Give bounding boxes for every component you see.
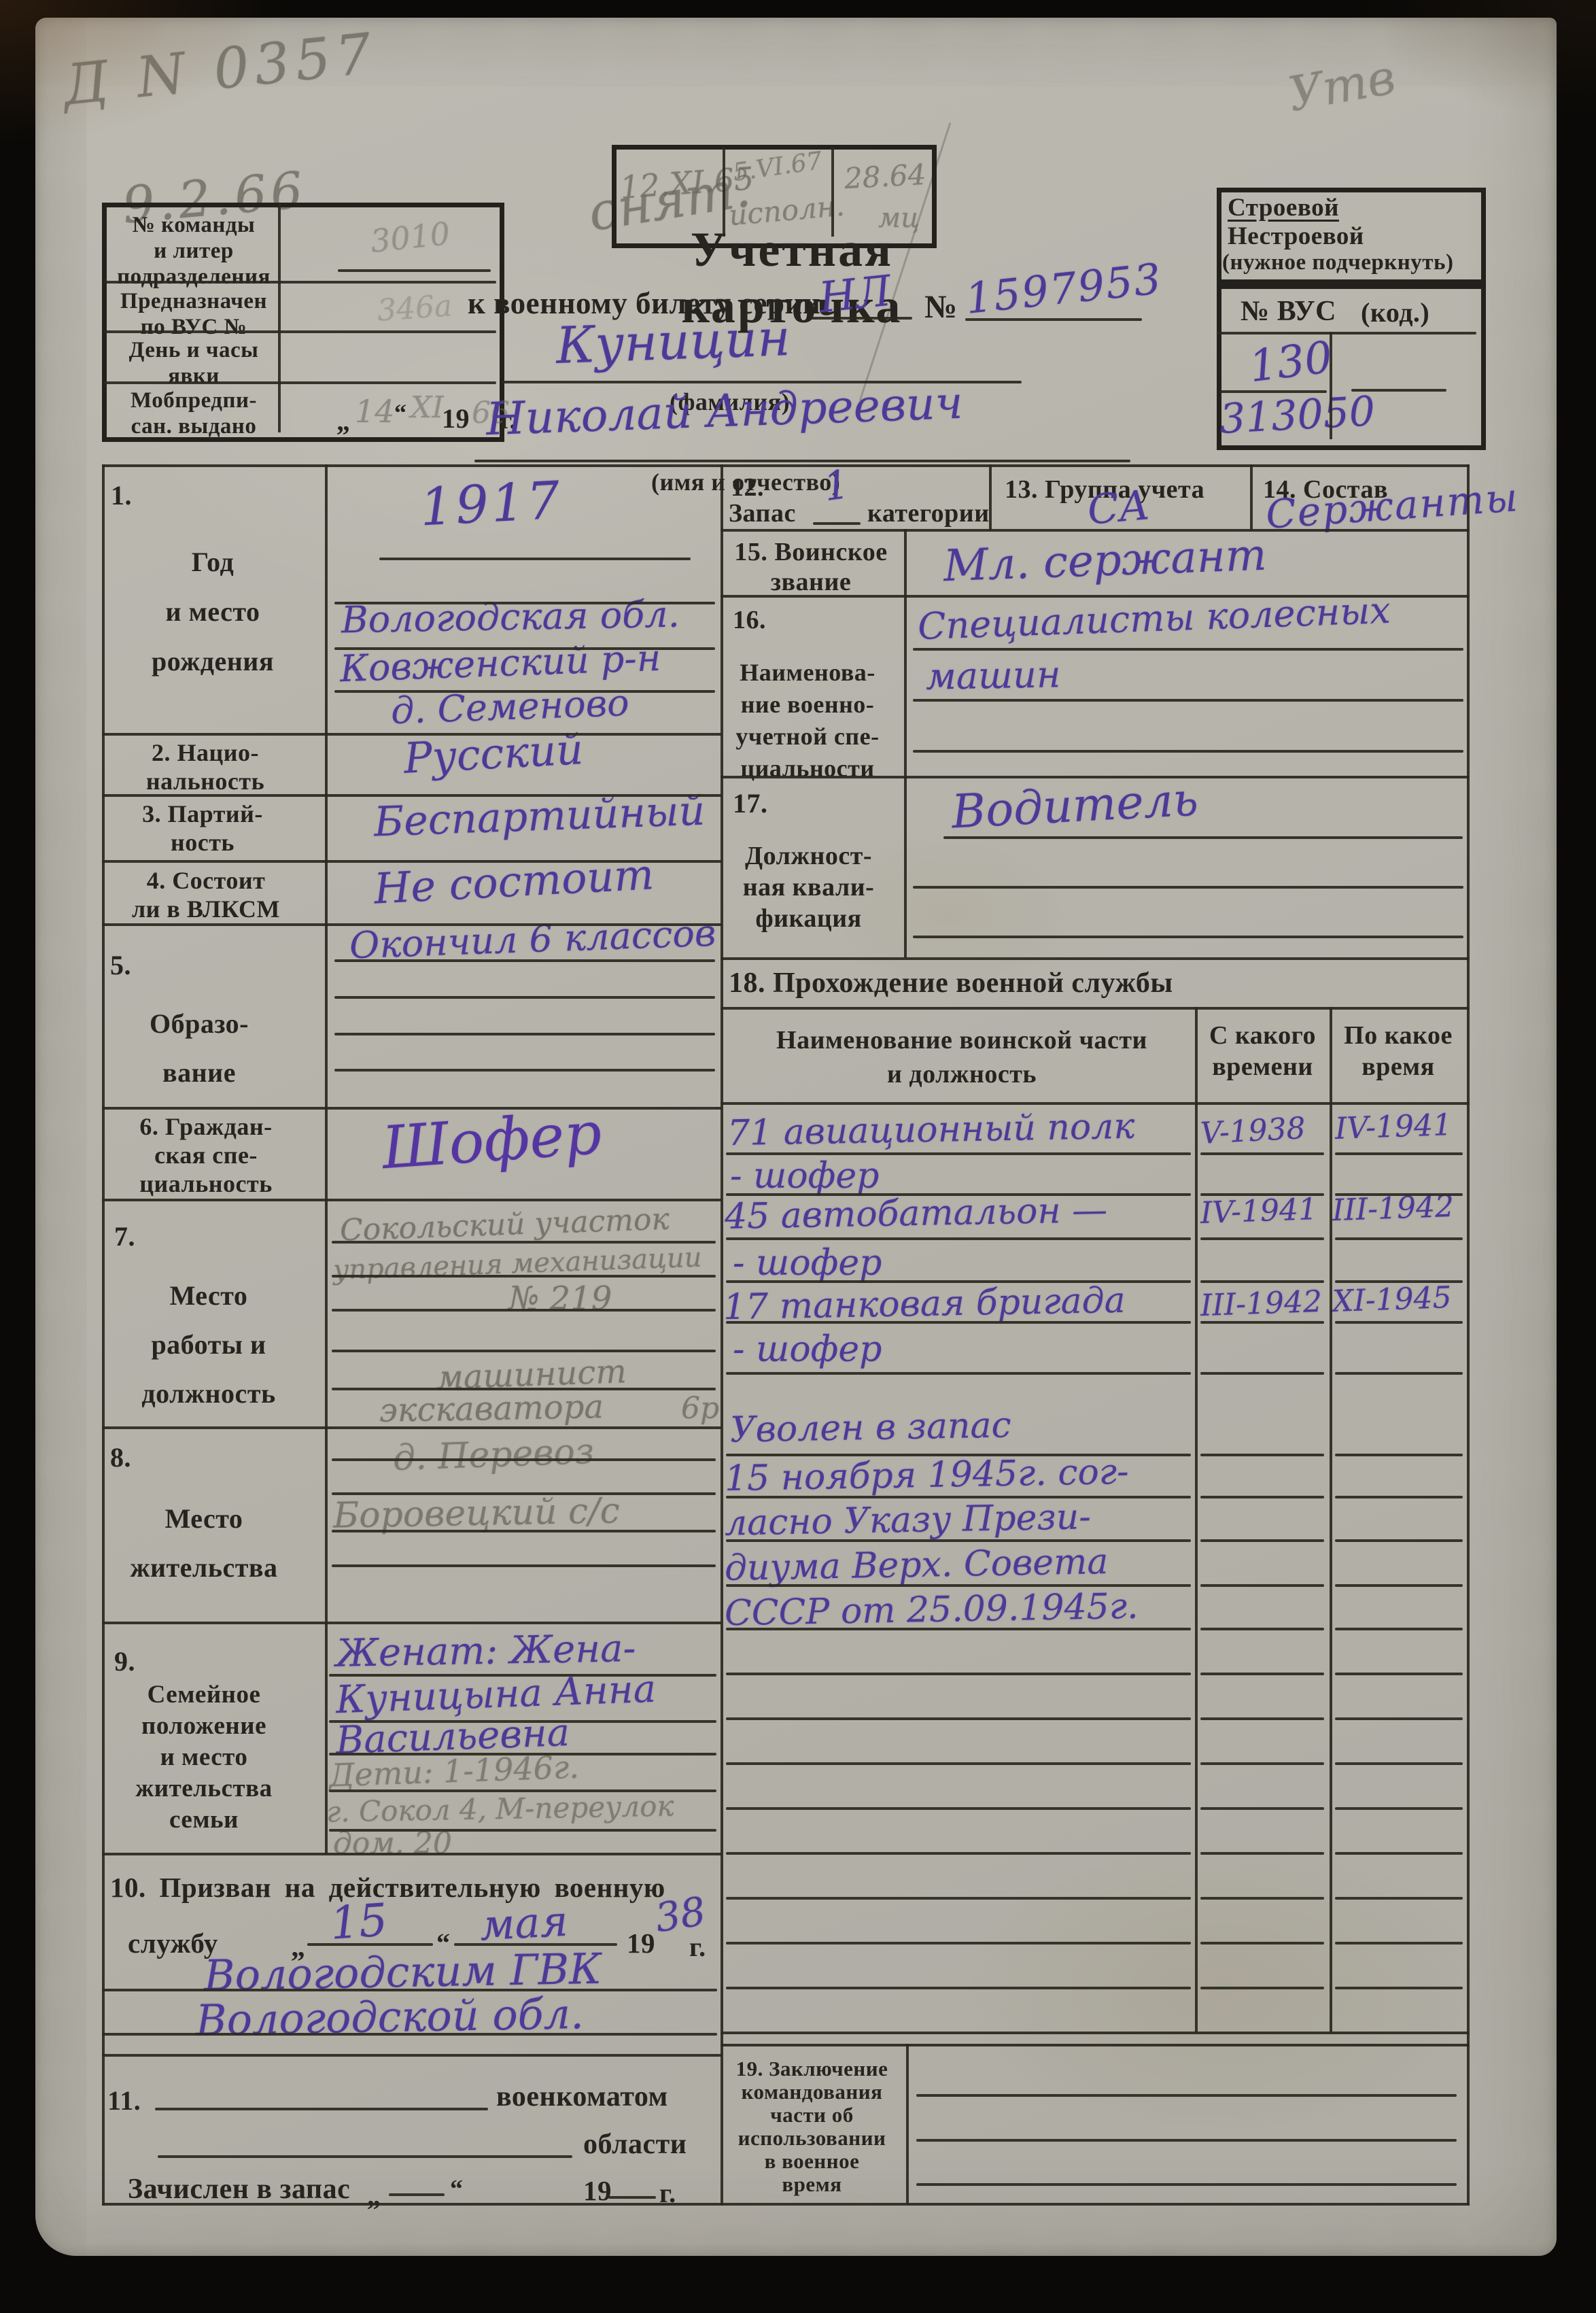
ruled-line	[1200, 1193, 1324, 1196]
ruled-line	[1200, 1807, 1324, 1810]
field12-label-pre: Запас	[729, 498, 796, 528]
ruled-line	[726, 1584, 1191, 1587]
field16-label: Наименова- ние военно- учетной спе- циал…	[719, 657, 896, 785]
ruled-line	[1335, 1673, 1463, 1675]
ruled-line-vertical	[1330, 332, 1332, 439]
ruled-line	[332, 1564, 716, 1567]
field10-year-printed: 19	[627, 1927, 655, 1959]
ruled-line	[1219, 390, 1327, 393]
ruled-line	[454, 1943, 617, 1946]
ruled-line	[102, 2033, 717, 2036]
service-table-col1-header: Наименование воинской части и должность	[741, 1023, 1183, 1091]
ruled-line	[334, 647, 715, 650]
ruled-line	[332, 1492, 716, 1495]
ruled-line-vertical	[278, 204, 281, 432]
field5-number: 5.	[110, 949, 131, 981]
discharge-note-line5: СССР от 25.09.1945г.	[725, 1586, 1139, 1634]
ruled-line	[158, 2155, 572, 2158]
field11-word-zapas: Зачислен в запас	[128, 2173, 350, 2206]
ruled-line-vertical	[989, 464, 992, 530]
ruled-line	[102, 464, 1470, 467]
ruled-line	[1335, 1852, 1463, 1855]
ruled-line	[1335, 1321, 1463, 1324]
ruled-line	[332, 1275, 716, 1278]
ruled-line	[102, 794, 722, 797]
number-sign: №	[924, 288, 958, 326]
field4-label: 4. Состоит ли в ВЛКСМ	[101, 866, 311, 923]
ruled-line	[102, 1622, 722, 1624]
ruled-line	[103, 281, 496, 284]
service-row-to: XI-1945	[1332, 1280, 1452, 1319]
field12-label-post: категории	[867, 498, 990, 528]
ruled-line	[726, 1321, 1191, 1324]
ruled-line	[913, 750, 1463, 753]
ruled-line	[916, 2139, 1457, 2142]
field9-value-line1: Женат: Жена-	[335, 1626, 636, 1676]
intro-row4-open-quote: „	[336, 405, 351, 437]
scanned-registration-card-page: Д N 0357 9.2.66 снят. Утв 12.XI.65 5.VI.…	[0, 0, 1596, 2313]
field11-open-quote: „	[367, 2180, 381, 2212]
surname-handwritten: Куницин	[555, 309, 791, 375]
ruled-line	[329, 1753, 716, 1755]
field1-label: Год и место рождения	[114, 537, 311, 686]
ruled-line	[332, 1530, 716, 1532]
ruled-line	[726, 1673, 1191, 1675]
ruled-line	[332, 1388, 716, 1390]
ruled-line	[1335, 1807, 1463, 1810]
ruled-line	[102, 733, 722, 736]
field13-value: СА	[1086, 481, 1151, 534]
ruled-line-vertical	[1250, 464, 1253, 530]
ruled-line	[1200, 1897, 1324, 1900]
ruled-line	[1200, 1717, 1324, 1720]
intro-row4-day: 14	[355, 393, 395, 430]
ruled-line	[338, 269, 491, 272]
ruled-line	[1335, 1496, 1463, 1498]
ruled-line	[329, 1674, 716, 1677]
ruled-line	[332, 1241, 716, 1244]
ruled-line	[1200, 1584, 1324, 1587]
field9-value-line5: г. Сокол 4, М-переулок	[326, 1789, 674, 1829]
service-row-position: - шофер	[733, 1329, 882, 1370]
ruled-line	[913, 699, 1463, 702]
ruled-line	[103, 381, 496, 384]
ruled-line	[379, 558, 691, 560]
service-table-col2-header: С какого времени	[1200, 1020, 1325, 1082]
discharge-note-line4: диума Верх. Совета	[725, 1541, 1109, 1589]
ruled-line	[916, 2183, 1457, 2186]
ruled-line	[1335, 1762, 1463, 1765]
ruled-line	[913, 936, 1463, 938]
intro-row4-month: XI	[411, 390, 444, 425]
field17-label: Должност- ная квали- фикация	[722, 840, 895, 934]
ruled-line	[1200, 1152, 1324, 1155]
service-row-position: - шофер	[733, 1243, 882, 1284]
ruled-line	[334, 1033, 715, 1035]
ruled-line	[1200, 1673, 1324, 1675]
ruled-line	[726, 1762, 1191, 1765]
ruled-line	[1200, 1539, 1324, 1542]
field7-value-line5b: 6р	[681, 1391, 719, 1426]
ruled-line	[332, 1309, 716, 1312]
ruled-line	[726, 1280, 1191, 1283]
ruled-line	[1200, 1942, 1324, 1944]
intro-row1-label: № команды и литер подразделения	[109, 212, 279, 290]
field7-label: Место работы и должность	[110, 1271, 307, 1418]
ruled-line	[726, 1628, 1191, 1630]
ruled-line	[726, 1372, 1191, 1375]
ruled-line	[502, 381, 1022, 383]
ruled-line-vertical	[325, 464, 328, 1854]
ruled-line	[1200, 1372, 1324, 1375]
field11-close-quote: “	[450, 2174, 464, 2204]
vus-label: № ВУС	[1241, 295, 1336, 328]
ruled-line	[1335, 1280, 1463, 1283]
series-handwritten: НЛ	[816, 266, 893, 323]
ruled-line	[726, 1237, 1191, 1240]
ruled-line	[916, 2094, 1457, 2097]
ruled-line-vertical	[721, 464, 723, 2206]
ruled-line-vertical	[906, 2044, 909, 2204]
ruled-line	[1200, 1852, 1324, 1855]
field10-month: мая	[479, 1896, 569, 1951]
underline-note: (нужное подчеркнуть)	[1222, 250, 1453, 275]
ruled-line	[1335, 1628, 1463, 1630]
intro-row4-label: Мобпредпи- сан. выдано	[109, 388, 279, 439]
ruled-line	[334, 690, 715, 693]
ruled-line	[721, 957, 1470, 960]
service-row-from: III-1942	[1200, 1284, 1323, 1323]
ruled-line	[102, 1107, 722, 1110]
ruled-line-vertical	[1195, 1007, 1198, 2033]
ruled-line	[943, 836, 1463, 839]
vus-code-label: (код.)	[1361, 296, 1429, 328]
ruled-line	[726, 1496, 1191, 1498]
ruled-line	[721, 1007, 1470, 1010]
ruled-line	[726, 1987, 1191, 1989]
field7-value-line3: № 219	[508, 1280, 612, 1318]
ruled-line-vertical	[102, 464, 105, 2206]
ruled-line	[334, 1069, 715, 1072]
ruled-line	[102, 1853, 722, 1855]
intro-row4-close-quote: “	[394, 398, 407, 427]
ruled-line	[726, 1897, 1191, 1900]
ruled-line	[726, 1152, 1191, 1155]
field10-year-suffix: г.	[689, 1931, 706, 1963]
service-row-name: 45 автобатальон —	[725, 1190, 1108, 1237]
field19-label: 19. Заключение командования части об исп…	[722, 2057, 902, 2196]
ruled-line	[474, 460, 1130, 462]
field1-year-value: 1917	[419, 470, 564, 538]
ruled-line	[726, 1539, 1191, 1542]
ruled-line	[721, 1102, 1470, 1105]
field9-number: 9.	[114, 1645, 135, 1677]
ruled-line	[726, 1807, 1191, 1810]
field10-label-line1: 10. Призван на действительную военную	[110, 1871, 665, 1904]
ruled-line	[329, 1829, 716, 1832]
field11-number: 11.	[107, 2085, 141, 2117]
ruled-line	[1335, 1539, 1463, 1542]
ruled-line	[1335, 1942, 1463, 1944]
ruled-line	[721, 529, 1470, 532]
discharge-note-line2: 15 ноября 1945г. сог-	[725, 1452, 1130, 1499]
ruled-line	[332, 1350, 716, 1352]
ruled-line	[813, 522, 861, 525]
ruled-line-vertical	[831, 147, 834, 237]
ruled-line	[1200, 1762, 1324, 1765]
ruled-line	[102, 1426, 722, 1429]
ruled-line	[608, 2196, 656, 2199]
ruled-line	[1335, 1897, 1463, 1900]
ruled-line	[1200, 1280, 1324, 1283]
ruled-line-vertical	[723, 147, 725, 237]
ruled-line	[810, 317, 912, 320]
field8-number: 8.	[110, 1441, 131, 1473]
stroevoy-option: Строевой	[1228, 193, 1339, 222]
ruled-line	[1335, 1717, 1463, 1720]
ruled-line	[155, 2108, 488, 2110]
ruled-line	[726, 1942, 1191, 1944]
ruled-line	[1200, 1987, 1324, 1989]
field15-label: 15. Воинское звание	[726, 537, 896, 597]
service-row-position: - шофер	[730, 1156, 879, 1197]
ruled-line	[102, 923, 722, 926]
ruled-line	[721, 2032, 1470, 2034]
ruled-line	[726, 1454, 1191, 1456]
field8-label: Место жительства	[102, 1494, 306, 1592]
nestroevoy-option: Нестроевой	[1228, 222, 1364, 251]
field18-title: 18. Прохождение военной службы	[729, 967, 1173, 999]
ruled-line	[1200, 1628, 1324, 1630]
ruled-line	[1335, 1584, 1463, 1587]
ruled-line	[1200, 1237, 1324, 1240]
ruled-line	[1217, 332, 1476, 335]
field6-label: 6. Граждан- ская спе- циальность	[101, 1112, 311, 1198]
field10-value-line2: Вологодской обл.	[195, 1989, 584, 2045]
ruled-line-vertical	[904, 529, 907, 957]
field16-value-line2: машин	[925, 653, 1061, 698]
ruled-line-vertical	[1330, 1007, 1332, 2033]
ruled-line	[1200, 1496, 1324, 1498]
field5-label: Образо- вание	[114, 999, 284, 1097]
stamp-date-3: 28.64	[844, 158, 927, 195]
field1-number: 1.	[111, 479, 132, 511]
ruled-line	[913, 648, 1463, 651]
vus-value-2: 313050	[1218, 388, 1376, 443]
ruled-line	[721, 2044, 1470, 2046]
field7-value-line5: экскаватора	[379, 1388, 604, 1430]
field16-number: 16.	[733, 605, 766, 635]
ruled-line	[1335, 1193, 1463, 1196]
ruled-line	[102, 860, 722, 863]
ruled-line	[726, 1193, 1191, 1196]
service-row-name: 71 авиационный полк	[727, 1106, 1135, 1154]
service-row-from: IV-1941	[1200, 1192, 1318, 1231]
field11-word-oblast: области	[583, 2128, 687, 2161]
service-row-from: V-1938	[1200, 1111, 1306, 1151]
field2-label: 2. Нацио- нальность	[103, 738, 307, 795]
field9-label: Семейное положение и место жительства се…	[102, 1679, 306, 1836]
ruled-line	[721, 776, 1470, 778]
ruled-line	[103, 330, 496, 333]
ruled-line	[1335, 1454, 1463, 1456]
ruled-line	[332, 1458, 716, 1461]
ruled-line	[1200, 1454, 1324, 1456]
ruled-line	[389, 2193, 445, 2196]
ruled-line	[721, 595, 1470, 598]
intro-row2-value: 346а	[376, 288, 453, 328]
field1-value-line1: Вологодская обл.	[341, 593, 680, 642]
ruled-line	[1335, 1372, 1463, 1375]
service-table-col3-header: По какое время	[1334, 1020, 1463, 1082]
ruled-line	[307, 1943, 433, 1946]
ruled-line	[102, 2203, 1470, 2206]
service-row-to: IV-1941	[1334, 1108, 1453, 1146]
ruled-line	[965, 318, 1142, 321]
vus-value: 130	[1247, 332, 1335, 392]
field3-label: 3. Партий- ность	[107, 800, 298, 857]
ruled-line	[1335, 1237, 1463, 1240]
intro-row4-year-printed: 19	[442, 402, 470, 434]
ruled-line	[726, 1852, 1191, 1855]
field1-value-line3: д. Семеново	[390, 681, 630, 732]
field11-word-voenkomat: военкоматом	[496, 2080, 668, 2113]
ruled-line	[1335, 1987, 1463, 1989]
ruled-line	[102, 2054, 722, 2057]
ruled-line	[1200, 1321, 1324, 1324]
field8-value-line1: д. Перевоз	[392, 1431, 595, 1479]
ruled-line	[102, 1989, 717, 1991]
field10-day: 15	[328, 1894, 389, 1950]
discharge-note-line1: Уволен в запас	[730, 1405, 1012, 1450]
field17-number: 17.	[733, 787, 768, 819]
ruled-line	[329, 1720, 716, 1723]
ruled-line	[334, 996, 715, 999]
ruled-line	[334, 602, 715, 604]
ruled-line	[913, 886, 1463, 889]
field7-number: 7.	[114, 1220, 135, 1252]
ruled-line	[334, 959, 715, 962]
ruled-line	[1351, 389, 1446, 392]
ruled-line	[1335, 1152, 1463, 1155]
ruled-line	[102, 1199, 722, 1201]
ruled-line	[726, 1717, 1191, 1720]
ruled-line	[329, 1789, 716, 1792]
discharge-note-line3: ласно Указу Прези-	[725, 1496, 1092, 1543]
ruled-line-vertical	[1467, 464, 1470, 2206]
field11-year-printed: 19	[583, 2174, 612, 2207]
